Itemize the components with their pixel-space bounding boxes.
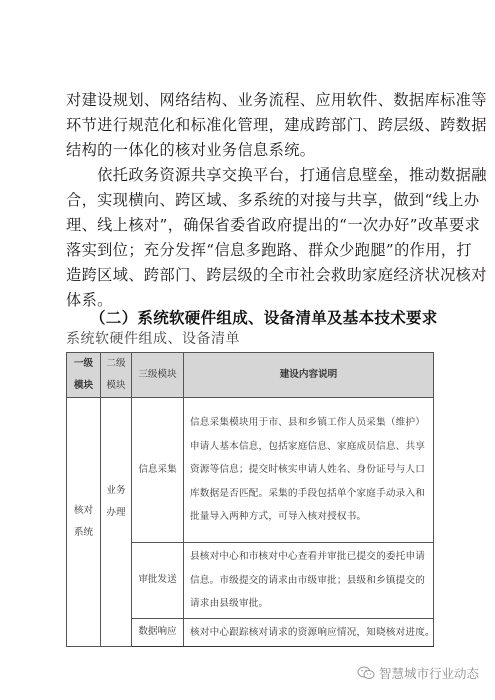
header-level1: 一级 模块 <box>67 353 101 398</box>
watermark: 智慧城市行业动态 <box>357 664 479 682</box>
text-line: 环节进行规范化和标准化管理，建成跨部门、跨层级、跨数据 <box>66 113 436 138</box>
text-line: 理、线上核对”，确保省委省政府提出的“一次办好”改革要求 <box>66 213 436 238</box>
table-row: 核对 系统 业务 办理 信息采集 信息采集模块用于市、县和乡镇工作人员采集（维护… <box>67 398 434 543</box>
text-line: 结构的一体化的核对业务信息系统。 <box>66 138 436 163</box>
description-cell: 信息采集模块用于市、县和乡镇工作人员采集（维护）申请人基本信息，包括家庭信息、家… <box>184 398 434 543</box>
header-description: 建设内容说明 <box>184 353 434 398</box>
text-line: 合，实现横向、跨区域、多系统的对接与共享，做到“线上办 <box>66 188 436 213</box>
wechat-icon <box>357 666 375 680</box>
table-header-row: 一级 模块 二级 模块 三级模块 建设内容说明 <box>67 353 434 398</box>
equipment-table: 一级 模块 二级 模块 三级模块 建设内容说明 核对 系统 业务 办理 信息采集… <box>66 352 434 647</box>
text-line: 落实到位；充分发挥“信息多跑路、群众少跑腿”的作用，打 <box>66 238 436 263</box>
header-level2: 二级 模块 <box>101 353 132 398</box>
text-line: 造跨区域、跨部门、跨层级的全市社会救助家庭经济状况核对 <box>66 263 436 288</box>
module-cell: 信息采集 <box>132 398 184 543</box>
text-line: 对建设规划、网络结构、业务流程、应用软件、数据库标准等 <box>66 88 436 113</box>
level2-cell: 业务 办理 <box>101 398 132 647</box>
text-line: 依托政务资源共享交换平台，打通信息壁垒，推动数据融 <box>66 163 436 188</box>
header-level3: 三级模块 <box>132 353 184 398</box>
section-heading: （二）系统软硬件组成、设备清单及基本技术要求 <box>90 306 438 328</box>
description-cell: 核对中心跟踪核对请求的资源响应情况，知晓核对进度。共享资 <box>184 618 434 647</box>
description-cell: 县核对中心和市核对中心查看并审批已提交的委托申请信息。市级提交的请求由市级审批；… <box>184 543 434 619</box>
module-cell: 数据响应 <box>132 618 184 647</box>
level1-cell: 核对 系统 <box>67 398 101 647</box>
module-cell: 审批发送 <box>132 543 184 619</box>
table-caption: 系统软硬件组成、设备清单 <box>66 328 240 348</box>
paragraph-1: 对建设规划、网络结构、业务流程、应用软件、数据库标准等 环节进行规范化和标准化管… <box>66 88 436 163</box>
watermark-text: 智慧城市行业动态 <box>379 664 479 682</box>
paragraph-2: 依托政务资源共享交换平台，打通信息壁垒，推动数据融 合，实现横向、跨区域、多系统… <box>66 163 436 313</box>
